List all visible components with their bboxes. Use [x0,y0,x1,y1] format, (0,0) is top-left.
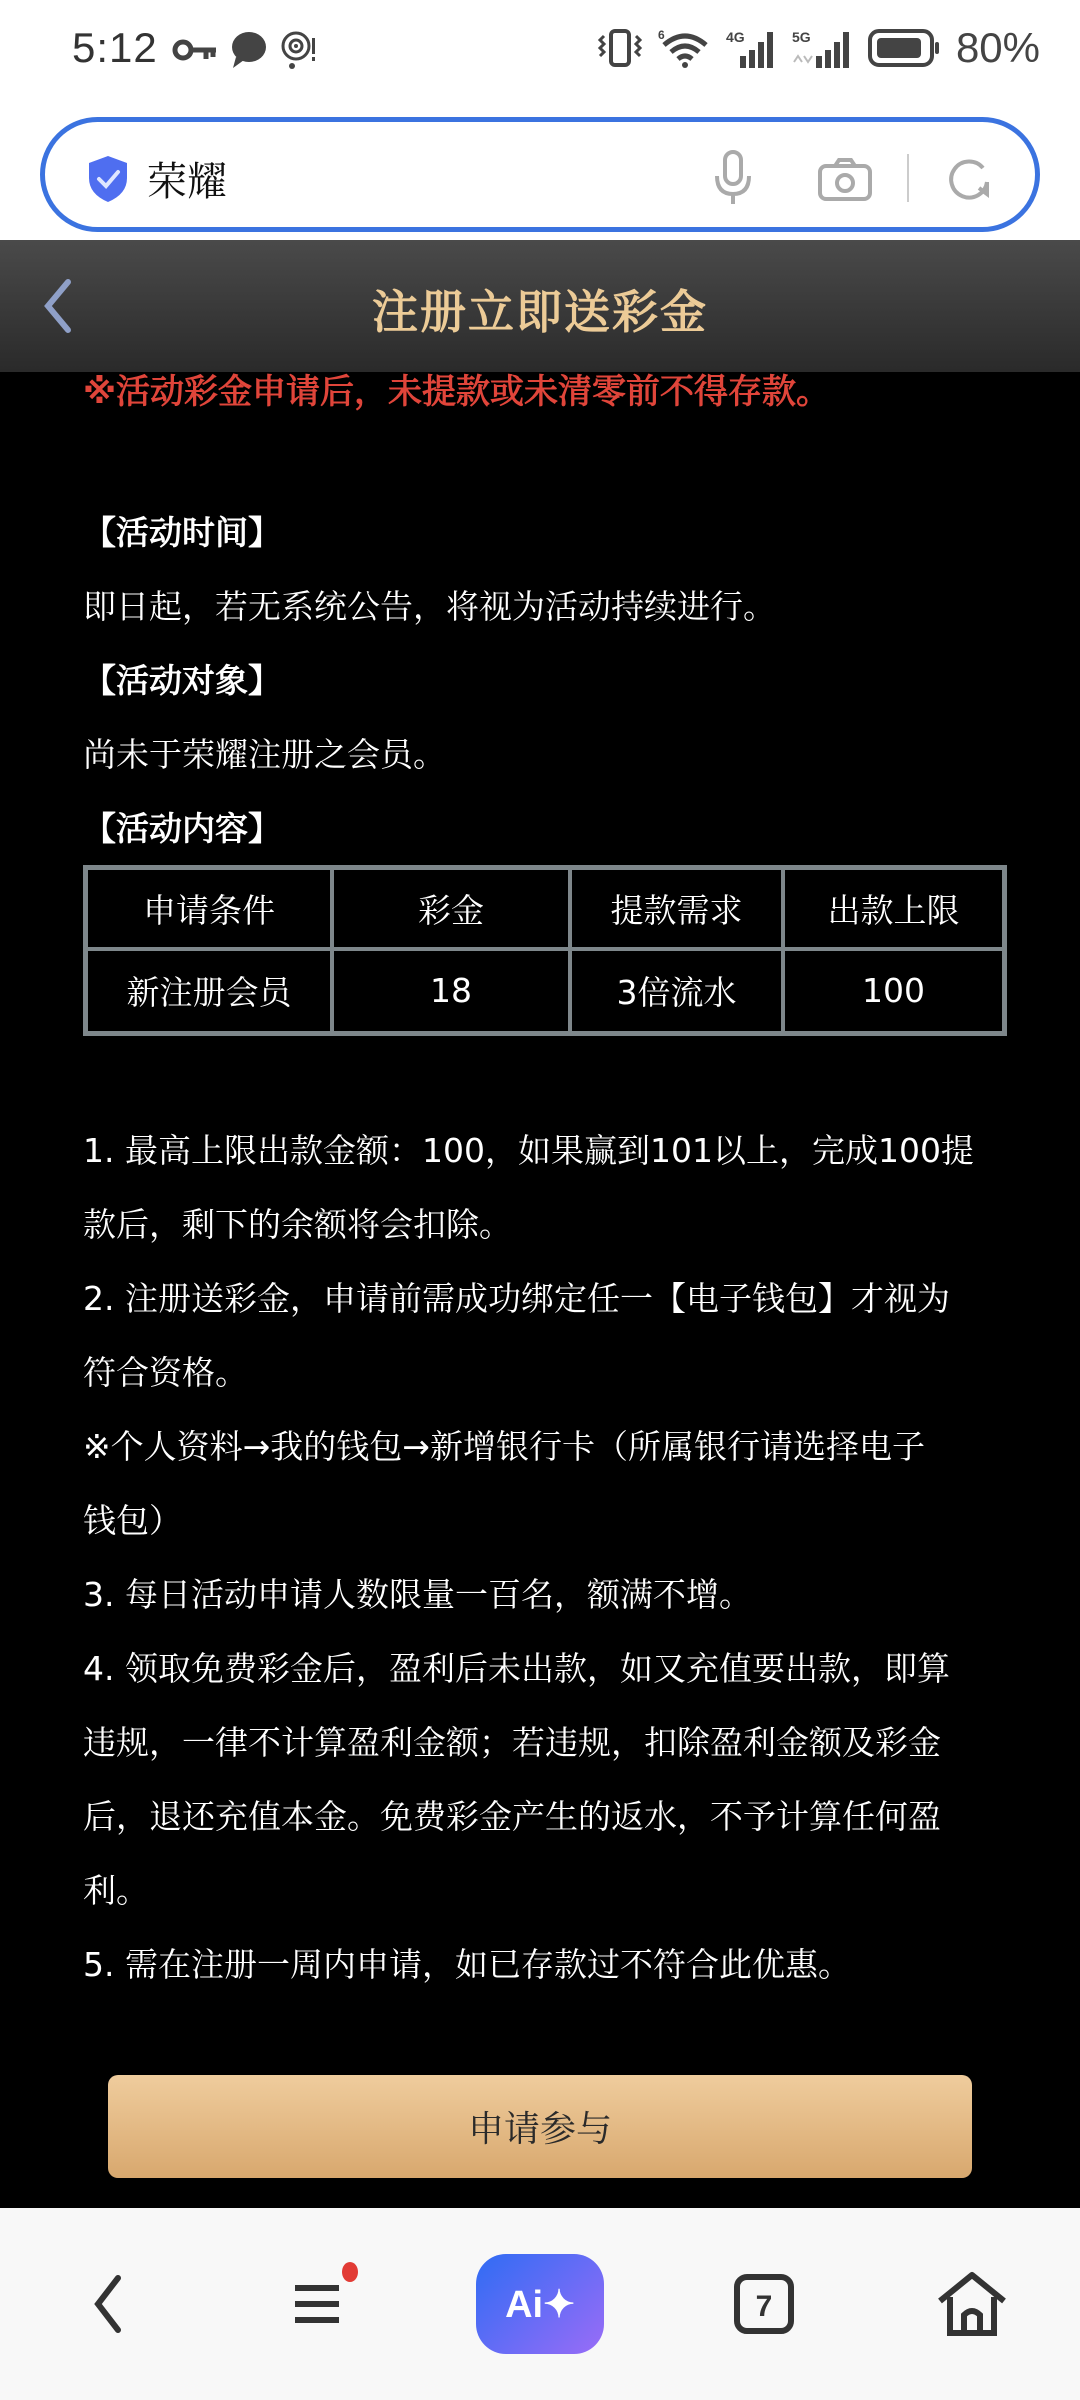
key-icon [172,35,218,65]
rule-line: 利。 [83,1865,149,1912]
signal-4g-icon: 4G [726,28,778,68]
vibrate-icon [596,28,644,68]
status-left-icons [172,30,320,70]
rule-line: 符合资格。 [83,1347,248,1394]
table-cell: 18 [334,951,572,1032]
microphone-icon[interactable] [713,150,753,206]
table-header-cell: 提款需求 [572,870,785,951]
rule-line: 1. 最高上限出款金额：100，如果赢到101以上，完成100提 [83,1125,974,1172]
table-header-cell: 申请条件 [88,870,334,951]
menu-icon [293,2279,343,2329]
battery-percent: 80% [956,24,1040,72]
signal-5g-icon: 5G [792,28,854,68]
location-alert-icon [280,30,320,70]
status-bar: 5:12 6 4G 5G 80% [0,0,1080,105]
warning-text: ※活动彩金申请后，未提款或未清零前不得存款。 [83,372,830,413]
promo-content: ※活动彩金申请后，未提款或未清零前不得存款。 【活动时间】 即日起，若无系统公告… [0,372,1080,2208]
svg-text:5G: 5G [792,29,811,45]
refresh-icon[interactable] [945,156,993,204]
camera-icon[interactable] [817,158,873,202]
rule-line: 违规，一律不计算盈利金额；若违规，扣除盈利金额及彩金 [83,1717,941,1764]
message-icon [230,31,268,69]
address-text[interactable]: 荣耀 [147,150,227,207]
rule-line: 钱包） [83,1495,182,1542]
rule-line: 后，退还充值本金。免费彩金产生的返水，不予计算任何盈 [83,1791,941,1838]
section-heading-content: 【活动内容】 [83,803,281,850]
status-right-icons: 6 4G 5G 80% [596,24,1040,72]
shield-check-icon [85,154,131,204]
back-arrow-icon [90,2274,126,2334]
rule-line: 款后，剩下的余额将会扣除。 [83,1199,512,1246]
rule-line: 3. 每日活动申请人数限量一百名，额满不增。 [83,1569,752,1616]
section-heading-time: 【活动时间】 [83,507,281,554]
table-header-cell: 彩金 [334,870,572,951]
page-header: 注册立即送彩金 [0,240,1080,372]
home-icon [936,2271,1008,2337]
rule-line: ※个人资料→我的钱包→新增银行卡（所属银行请选择电子 [83,1421,925,1468]
nav-ai-button[interactable]: Ai✦ [476,2208,604,2400]
svg-text:4G: 4G [726,29,745,45]
browser-bottom-nav: Ai✦ 7 [0,2208,1080,2400]
status-time: 5:12 [72,24,158,72]
section-heading-target: 【活动对象】 [83,655,281,702]
table-cell: 100 [785,951,1002,1032]
wifi-icon: 6 [658,27,712,69]
nav-back-button[interactable] [60,2208,156,2400]
nav-menu-button[interactable] [270,2208,366,2400]
promo-table: 申请条件 彩金 提款需求 出款上限 新注册会员 18 3倍流水 100 [83,865,1007,1036]
table-cell: 3倍流水 [572,951,785,1032]
svg-text:7: 7 [756,2290,773,2323]
svg-text:6: 6 [658,28,665,42]
address-bar[interactable]: 荣耀 [40,117,1040,232]
nav-tabs-button[interactable]: 7 [716,2208,812,2400]
section-text-time: 即日起，若无系统公告，将视为活动持续进行。 [83,581,776,628]
apply-button[interactable]: 申请参与 [108,2075,972,2178]
table-cell: 新注册会员 [88,951,334,1032]
rule-line: 5. 需在注册一周内申请，如已存款过不符合此优惠。 [83,1939,851,1986]
table-header-cell: 出款上限 [785,870,1002,951]
nav-home-button[interactable] [924,2208,1020,2400]
battery-icon [868,29,942,67]
section-text-target: 尚未于荣耀注册之会员。 [83,729,446,776]
address-bar-divider [907,154,909,202]
rule-line: 4. 领取免费彩金后，盈利后未出款，如又充值要出款，即算 [83,1643,950,1690]
ai-assistant-icon: Ai✦ [476,2254,604,2354]
rule-line: 2. 注册送彩金，申请前需成功绑定任一【电子钱包】才视为 [83,1273,950,1320]
notification-dot [342,2262,358,2282]
page-title: 注册立即送彩金 [0,276,1080,342]
tabs-count-icon: 7 [734,2274,794,2334]
browser-toolbar: 荣耀 [0,105,1080,240]
